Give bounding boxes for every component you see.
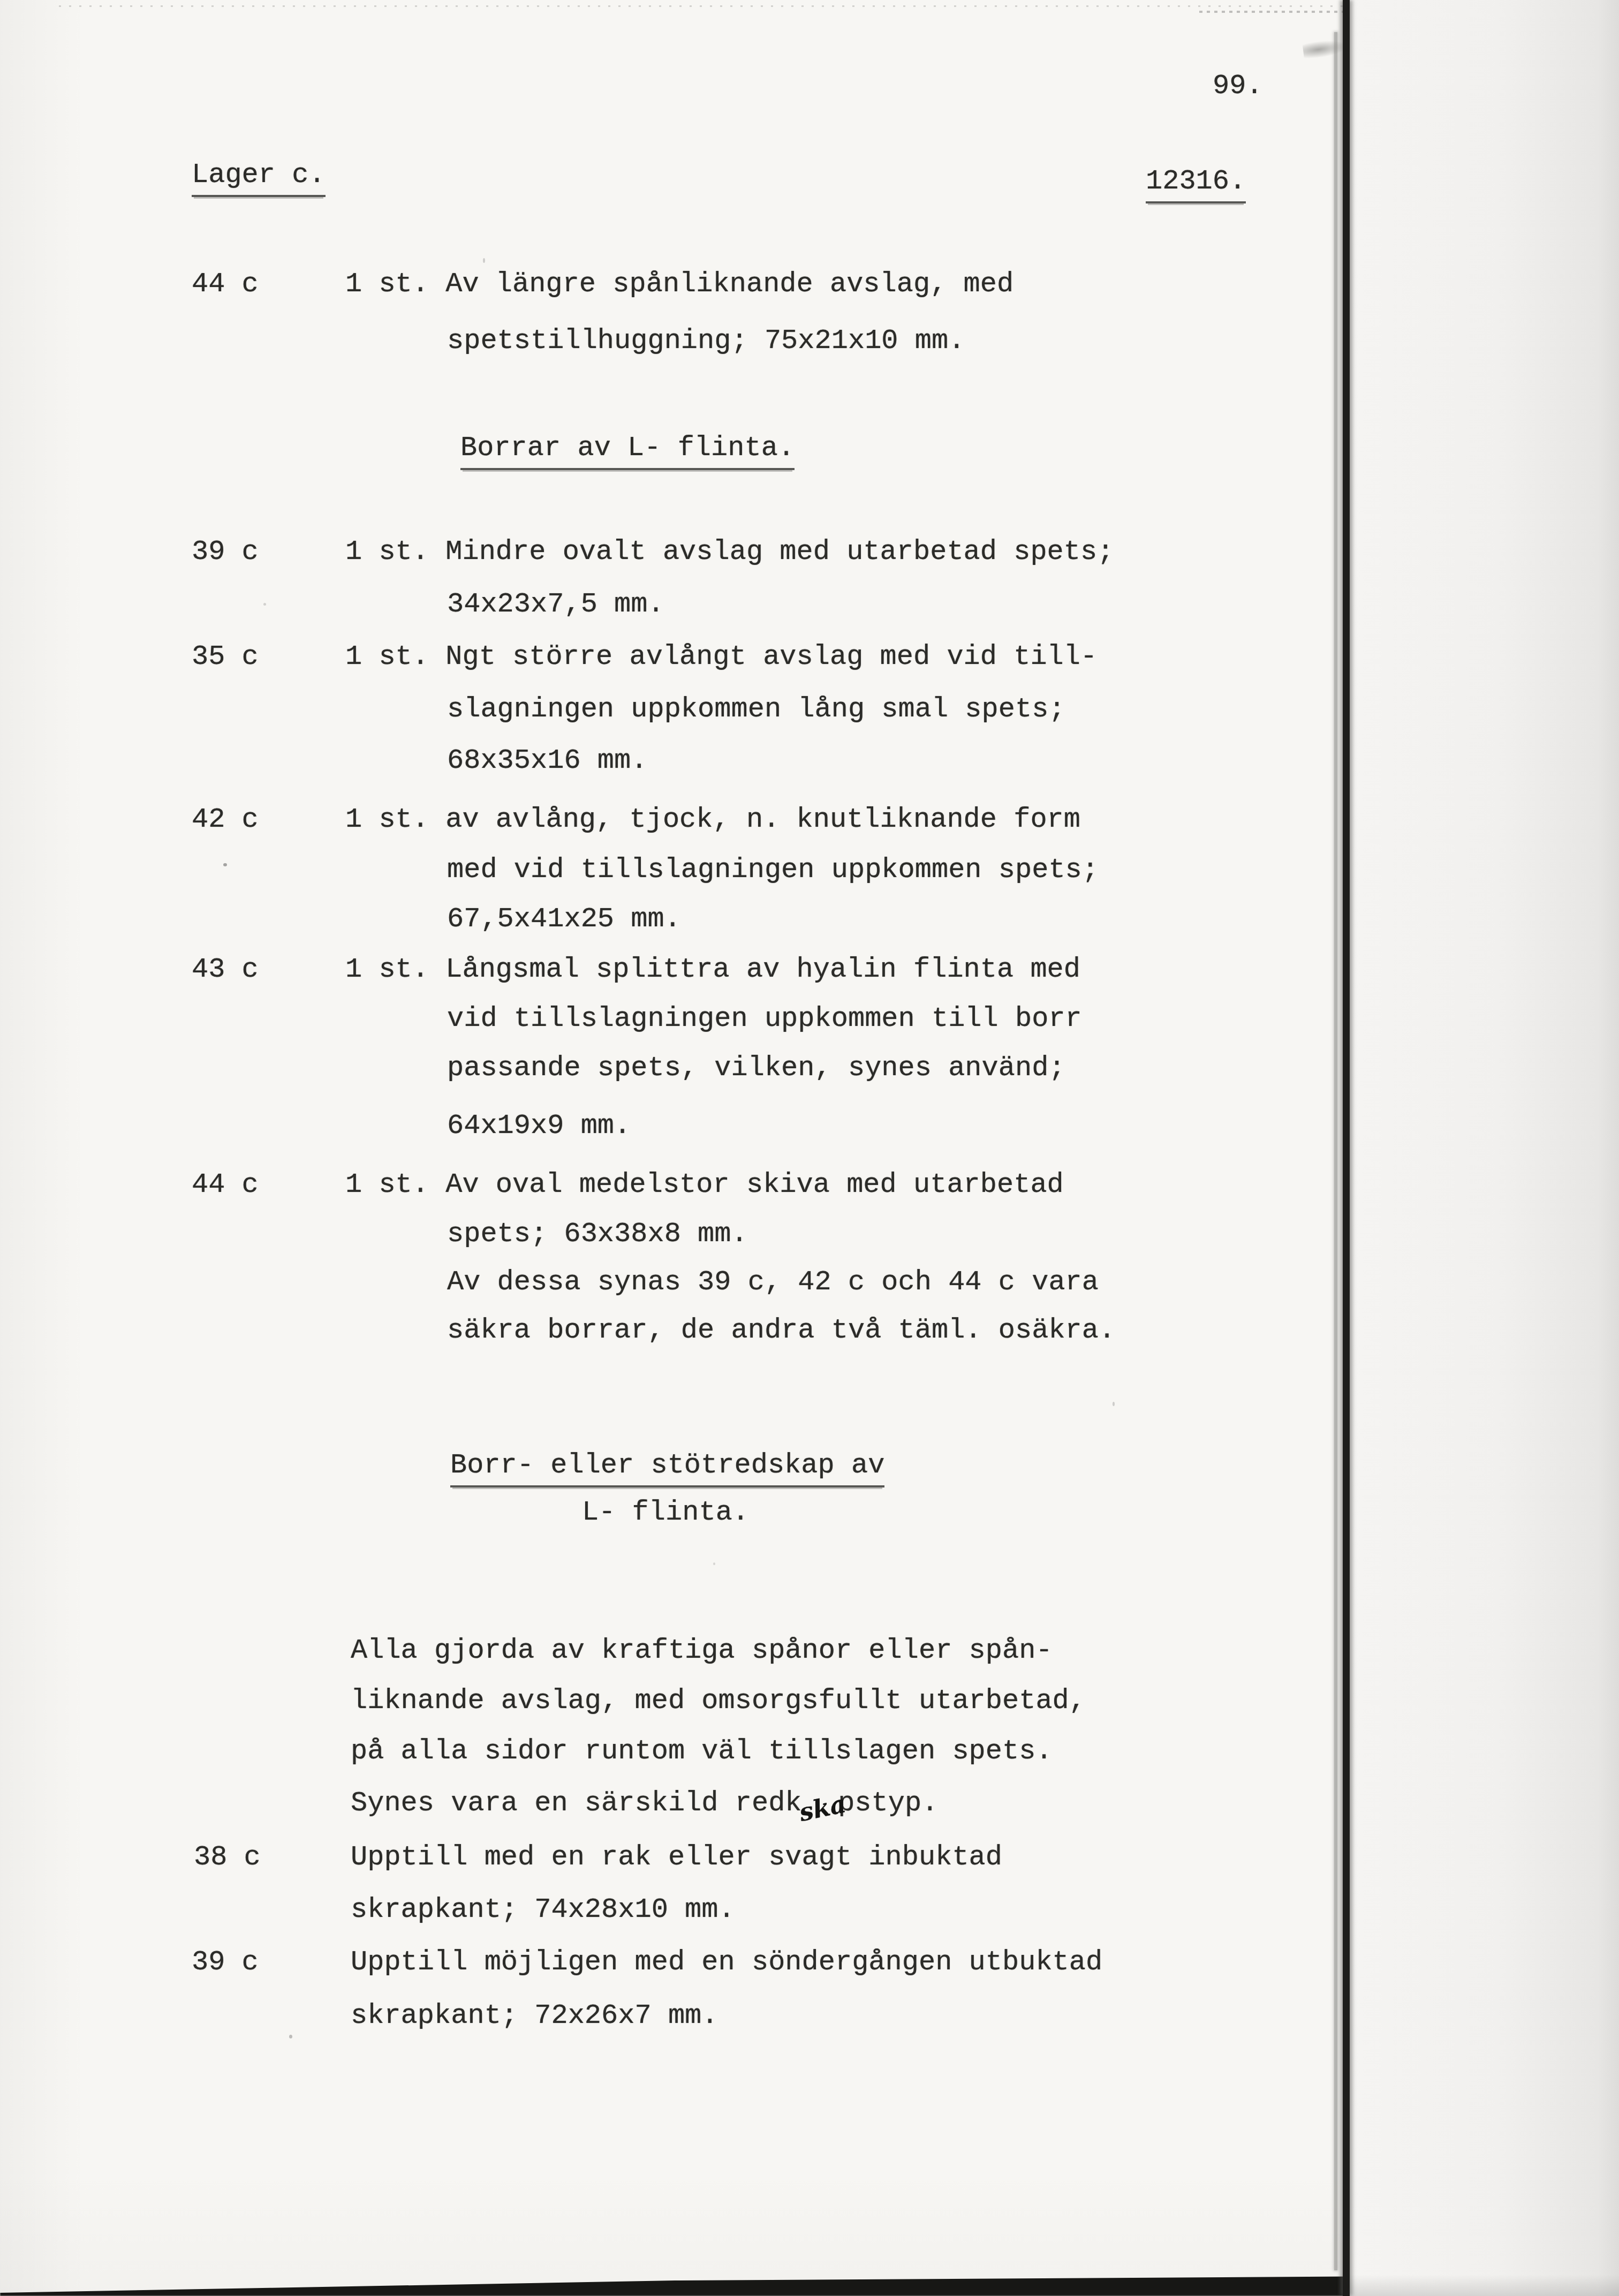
section-heading-line2: L- flinta. — [582, 1496, 749, 1529]
entry-line: skrapkant; 72x26x7 mm. — [351, 1999, 718, 2033]
entry-line: slagningen uppkommen lång smal spets; — [447, 693, 1065, 726]
handwritten-correction: ska — [796, 1787, 849, 1829]
paragraph-line: Alla gjorda av kraftiga spånor eller spå… — [351, 1634, 1053, 1667]
entry-label: 39 c — [192, 535, 259, 569]
scan-speck — [263, 603, 266, 606]
entry-line: vid tillslagningen uppkommen till borr — [447, 1002, 1082, 1036]
scanner-noise-line — [1199, 11, 1344, 13]
scan-speck — [289, 2035, 292, 2038]
entry-line: Av dessa synas 39 c, 42 c och 44 c vara — [447, 1266, 1099, 1299]
entry-line: 1 st. Av oval medelstor skiva med utarbe… — [345, 1168, 1064, 1202]
entry-line: 64x19x9 mm. — [447, 1109, 631, 1143]
entry-line: 1 st. Långsmal splittra av hyalin flinta… — [345, 953, 1080, 986]
bottom-edge-shade — [1350, 2275, 1619, 2296]
scan-speck — [713, 1562, 715, 1565]
entry-label: 35 c — [192, 640, 259, 674]
entry-line: 1 st. Av längre spånliknande avslag, med — [345, 268, 1013, 301]
bottom-scan-shadow — [0, 2255, 1350, 2296]
entry-line: 1 st. Ngt större avlångt avslag med vid … — [345, 640, 1097, 674]
section-heading: Borr- eller stötredskap av — [450, 1449, 884, 1487]
entry-line: med vid tillslagningen uppkommen spets; — [447, 854, 1099, 887]
layer-heading: Lager c. — [192, 158, 326, 197]
page-number: 99. — [1213, 70, 1263, 103]
entry-line: säkra borrar, de andra två täml. osäkra. — [447, 1314, 1115, 1347]
entry-line: 67,5x41x25 mm. — [447, 903, 681, 936]
entry-line: 1 st. Mindre ovalt avslag med utarbetad … — [345, 535, 1114, 569]
scan-speck — [1113, 1402, 1115, 1406]
entry-label: 44 c — [192, 1168, 259, 1202]
binding-line — [1343, 0, 1350, 2296]
scan-speck — [483, 258, 485, 263]
entry-line: spetstillhuggning; 75x21x10 mm. — [447, 324, 965, 358]
typed-text: Synes vara en särskild redk — [351, 1787, 802, 1819]
section-heading: Borrar av L- flinta. — [460, 432, 795, 470]
scanner-noise-line — [59, 5, 1344, 7]
paragraph-line: liknande avslag, med omsorgsfullt utarbe… — [351, 1685, 1086, 1718]
binding-smudge — [1302, 38, 1348, 59]
entry-label: 42 c — [192, 803, 259, 836]
book-page-edge — [1350, 0, 1619, 2296]
inventory-number: 12316. — [1146, 165, 1246, 203]
entry-label: 43 c — [192, 953, 259, 986]
entry-line: 1 st. av avlång, tjock, n. knutliknande … — [345, 803, 1080, 836]
entry-line: 34x23x7,5 mm. — [447, 588, 664, 621]
entry-label: 39 c — [192, 1946, 259, 1979]
scanned-document-page: 99. Lager c. 12316. 44 c 1 st. Av längre… — [0, 0, 1619, 2296]
paragraph-line: på alla sidor runtom väl tillslagen spet… — [351, 1735, 1053, 1768]
scan-speck — [223, 863, 227, 866]
binding-shadow-line — [1334, 32, 1337, 2270]
entry-line: spets; 63x38x8 mm. — [447, 1218, 748, 1251]
entry-line: Upptill med en rak eller svagt inbuktad — [351, 1841, 1002, 1874]
typed-text: pstyp. — [838, 1787, 938, 1819]
entry-label: 38 c — [194, 1841, 261, 1874]
paragraph-line: Synes vara en särskild redkskapstyp. — [351, 1785, 938, 1820]
entry-line: skrapkant; 74x28x10 mm. — [351, 1893, 735, 1927]
entry-line: passande spets, vilken, synes använd; — [447, 1052, 1065, 1085]
entry-line: 68x35x16 mm. — [447, 744, 647, 777]
entry-label: 44 c — [192, 268, 259, 301]
entry-line: Upptill möjligen med en söndergången utb… — [351, 1946, 1102, 1979]
